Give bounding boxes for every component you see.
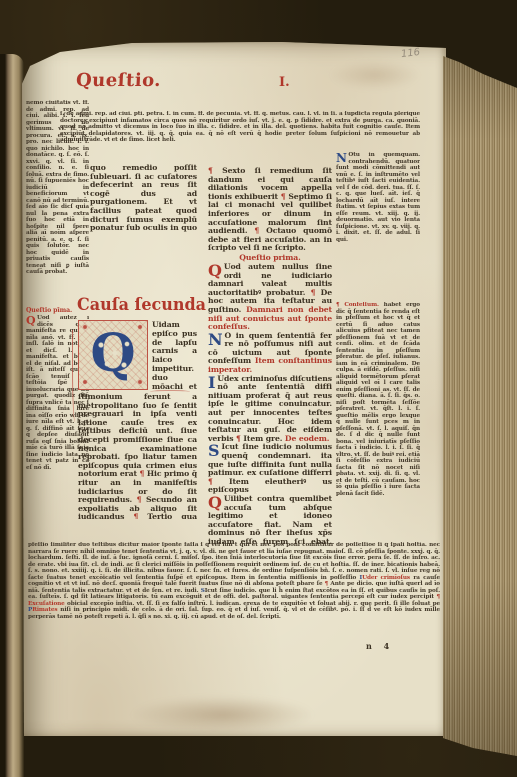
- causa-secunda-heading: Cauſa ſecunda: [77, 295, 206, 315]
- gloss-bottom-band: pfeſſio ſimiliter dūo teſtibus dicitur m…: [28, 542, 440, 656]
- main-text-col1-intro: quo remedio poſſit ſubleuari. ſi ac cuſa…: [90, 164, 197, 233]
- running-numeral: I.: [279, 75, 290, 90]
- gloss-right-segment-2: ¶ Confeſſum. habet ergo dic q̄ ſententia…: [336, 302, 420, 555]
- running-title: Queſtio.: [75, 70, 161, 91]
- quire-signature-mark: n 4: [366, 641, 389, 651]
- paper-discoloration: [330, 60, 420, 90]
- col2-seg-no-in-quem-text: O in quem ſententiā fer re nō poſſumus n…: [208, 332, 332, 374]
- questio-prima-heading: Queſtio prima.: [208, 253, 332, 263]
- water-stain: [130, 696, 315, 734]
- penwork-flourish: [72, 330, 77, 422]
- facing-page-edge: [0, 54, 24, 777]
- book-photograph: Queſtio. I. 116 ſ. de admi. rep. ad ciui…: [0, 0, 517, 777]
- initial-i-blue: I: [208, 375, 217, 391]
- initial-q-vine-ornament: [93, 337, 135, 373]
- col2-seg-quilibet: QUilibet contra quemlibet accuſa tum abſ…: [208, 495, 332, 546]
- col2-seg-sicut: SIcut ſine iudicio nolumus quenq̄ condem…: [208, 443, 332, 495]
- initial-q2-red: Q: [208, 495, 224, 511]
- col2-seg-sicut-text: Icut ſine iudicio nolumus quenq̄ condemn…: [208, 443, 332, 494]
- main-text-col1-body: ſtimonium ferunt a metropolitano ſuo ſe …: [78, 393, 197, 519]
- gloss-right-margin: NOtū in quemquam. contrahendū. quatuor ſ…: [336, 152, 420, 557]
- initial-q-red: Q: [208, 263, 224, 279]
- col2-seg-iudex-text: Udex criminoſus diſcutiens nō ante ſente…: [208, 375, 332, 443]
- gloss-initial-n-blue: N: [336, 152, 348, 164]
- initial-n-blue: N: [208, 332, 225, 348]
- gloss-initial-q: Q: [26, 315, 37, 326]
- main-text-col2: ¶ Sexto ſi remedium ſit dandum ei qui ca…: [208, 167, 332, 546]
- col2-seg-questions: ¶ Sexto ſi remedium ſit dandum ei qui ca…: [208, 167, 332, 253]
- col2-seg-quilibet-text: Uilibet contra quemlibet accuſa tum abſq…: [208, 495, 332, 546]
- gloss-right-segment-1-text: Otū in quemquam. contrahendū. quatuor ſu…: [336, 152, 420, 243]
- col2-seg-quod-autem-text: Uod autem nullus ſine ordi ne iudiciario…: [208, 263, 332, 331]
- gloss-right-segment-1: NOtū in quemquam. contrahendū. quatuor ſ…: [336, 152, 420, 302]
- col2-seg-no-in-quem: NO in quem ſententiā fer re nō poſſumus …: [208, 332, 332, 375]
- handwritten-folio-number: 116: [400, 47, 420, 60]
- main-text-col1-wrap: Uidam epiſco pus de lapſu carnis a laico…: [152, 321, 197, 392]
- col2-seg-iudex: IUdex criminoſus diſcutiens nō ante ſent…: [208, 375, 332, 444]
- decorated-initial-q: Q: [78, 320, 148, 390]
- gloss-left-segment-1: nemo ciuitatis vt. ff. de admi. rep. ad …: [26, 100, 89, 306]
- fore-edge-pages: [443, 0, 517, 777]
- initial-s-blue: S: [208, 443, 221, 459]
- col2-seg-quod-autem: QUod autem nullus ſine ordi ne iudiciari…: [208, 263, 332, 332]
